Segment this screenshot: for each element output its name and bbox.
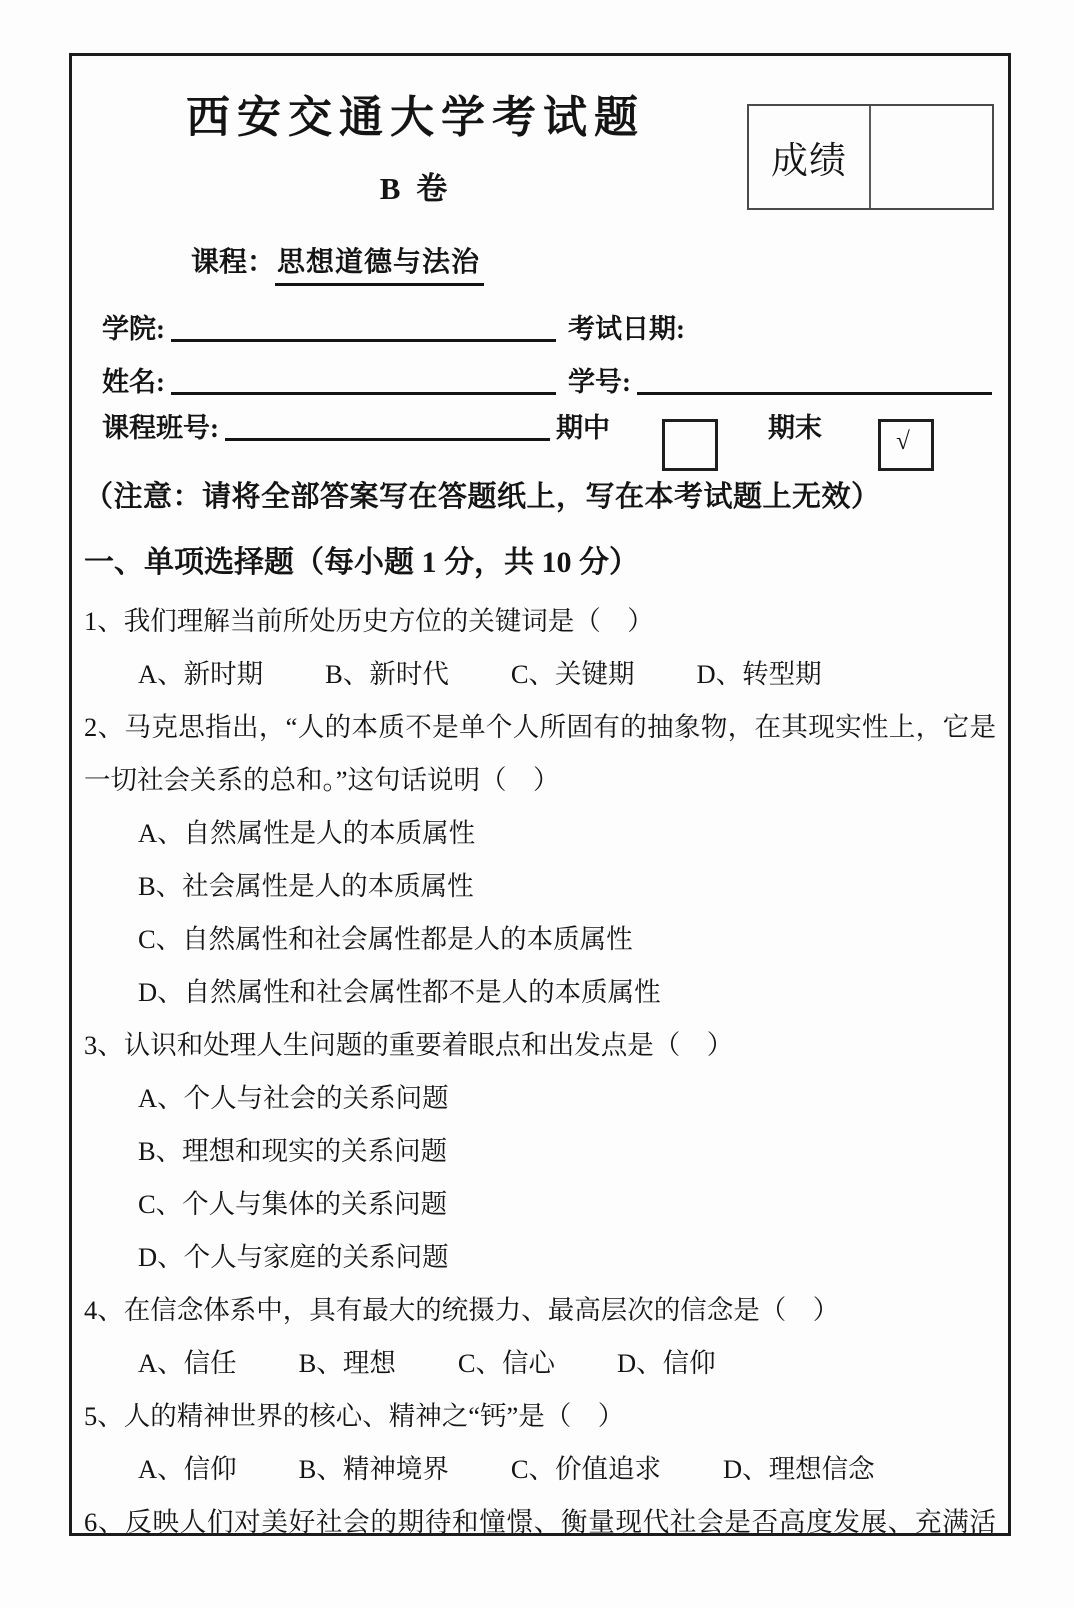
school-writeline [171,339,556,342]
student-id-writeline [637,392,992,395]
option-d: D、自然属性和社会属性都不是人的本质属性 [138,966,996,1019]
option-b: B、精神境界 [299,1443,449,1496]
final-checkbox: √ [878,419,934,471]
notice-text: （注意：请将全部答案写在答题纸上，写在本考试题上无效） [84,477,996,517]
question-body: 认识和处理人生问题的重要着眼点和出发点是（ ） [124,1030,734,1060]
option-c: C、自然属性和社会属性都是人的本质属性 [138,913,996,966]
exam-date-label: 考试日期: [568,312,685,346]
question-body: 在信念体系中，具有最大的统摄力、最高层次的信念是（ ） [124,1295,840,1325]
question-4: 4、在信念体系中，具有最大的统摄力、最高层次的信念是（ ） A、信任 B、理想 … [84,1284,996,1390]
options-inline: A、信任 B、理想 C、信心 D、信仰 [138,1337,996,1390]
question-body: 我们理解当前所处历史方位的关键词是（ ） [124,606,654,636]
question-text: 5、人的精神世界的核心、精神之“钙”是（ ） [84,1390,996,1443]
score-label: 成绩 [749,106,871,208]
option-b: B、理想 [299,1337,396,1390]
question-body: 人的精神世界的核心、精神之“钙”是（ ） [124,1401,625,1431]
name-writeline [171,392,556,395]
course-label: 课程： [191,247,275,278]
options-inline: A、信仰 B、精神境界 C、价值追求 D、理想信念 [138,1443,996,1496]
options-block: A、个人与社会的关系问题 B、理想和现实的关系问题 C、个人与集体的关系问题 D… [138,1072,996,1284]
option-c: C、个人与集体的关系问题 [138,1178,996,1231]
paper-version-label: B 卷 [84,163,747,208]
course-line: 课程：思想道德与法治 [191,246,996,286]
title-block: 西安交通大学考试题 B 卷 [84,92,747,208]
option-c: C、关键期 [511,648,635,701]
question-text: 3、认识和处理人生问题的重要着眼点和出发点是（ ） [84,1019,996,1072]
paper-header: 西安交通大学考试题 B 卷 成绩 [84,92,996,210]
midterm-checkbox [662,419,718,471]
question-2: 2、马克思指出，“人的本质不是单个人所固有的抽象物，在其现实性上，它是一切社会关… [84,701,996,1019]
option-d: D、理想信念 [723,1443,875,1496]
option-b: B、社会属性是人的本质属性 [138,860,996,913]
final-label: 期末 [768,411,822,445]
option-a: A、信仰 [138,1443,237,1496]
section-heading: 一、单项选择题（每小题 1 分，共 10 分） [84,541,996,585]
question-number: 6、 [84,1507,125,1536]
question-text: 4、在信念体系中，具有最大的统摄力、最高层次的信念是（ ） [84,1284,996,1337]
midterm-label: 期中 [556,411,610,445]
question-5: 5、人的精神世界的核心、精神之“钙”是（ ） A、信仰 B、精神境界 C、价值追… [84,1390,996,1496]
final-checkbox-mark: √ [896,425,910,459]
question-number: 1、 [84,606,124,636]
school-label: 学院: [102,312,165,346]
question-text: 6、反映人们对美好社会的期待和憧憬、衡量现代社会是否高度发展、充满活力、 [84,1496,996,1536]
form-row-name: 姓名: 学号: [84,365,996,399]
question-number: 4、 [84,1295,124,1325]
class-number-writeline [225,438,550,441]
score-value-cell [871,106,992,208]
option-a: A、信任 [138,1337,237,1390]
option-a: A、新时期 [138,648,263,701]
questions-list: 1、我们理解当前所处历史方位的关键词是（ ） A、新时期 B、新时代 C、关键期… [84,595,996,1536]
option-c: C、价值追求 [511,1443,661,1496]
student-id-label: 学号: [568,365,631,399]
option-c: C、信心 [458,1337,555,1390]
question-number: 5、 [84,1401,124,1431]
question-number: 2、 [84,712,124,742]
question-6: 6、反映人们对美好社会的期待和憧憬、衡量现代社会是否高度发展、充满活力、 [84,1496,996,1536]
name-label: 姓名: [102,365,165,399]
options-inline: A、新时期 B、新时代 C、关键期 D、转型期 [138,648,996,701]
question-text: 1、我们理解当前所处历史方位的关键词是（ ） [84,595,996,648]
question-3: 3、认识和处理人生问题的重要着眼点和出发点是（ ） A、个人与社会的关系问题 B… [84,1019,996,1284]
option-d: D、转型期 [697,648,822,701]
question-body: 反映人们对美好社会的期待和憧憬、衡量现代社会是否高度发展、充满活力、 [84,1507,996,1536]
option-a: A、个人与社会的关系问题 [138,1072,996,1125]
page-title: 西安交通大学考试题 [84,92,747,145]
option-b: B、新时代 [325,648,449,701]
course-value: 思想道德与法治 [275,246,484,286]
class-number-label: 课程班号: [102,411,219,445]
score-box: 成绩 [747,104,994,210]
option-d: D、信仰 [617,1337,716,1390]
form-row-class: 课程班号: 期中 期末 √ [84,411,996,463]
form-row-school: 学院: 考试日期: [84,312,996,346]
options-block: A、自然属性是人的本质属性 B、社会属性是人的本质属性 C、自然属性和社会属性都… [138,807,996,1019]
option-b: B、理想和现实的关系问题 [138,1125,996,1178]
question-body: 马克思指出，“人的本质不是单个人所固有的抽象物，在其现实性上，它是一切社会关系的… [84,712,996,795]
option-d: D、个人与家庭的关系问题 [138,1231,996,1284]
exam-paper: 西安交通大学考试题 B 卷 成绩 课程：思想道德与法治 学院: 考试日期: 姓名… [69,53,1011,1536]
question-text: 2、马克思指出，“人的本质不是单个人所固有的抽象物，在其现实性上，它是一切社会关… [84,701,996,807]
question-number: 3、 [84,1030,124,1060]
question-1: 1、我们理解当前所处历史方位的关键词是（ ） A、新时期 B、新时代 C、关键期… [84,595,996,701]
option-a: A、自然属性是人的本质属性 [138,807,996,860]
